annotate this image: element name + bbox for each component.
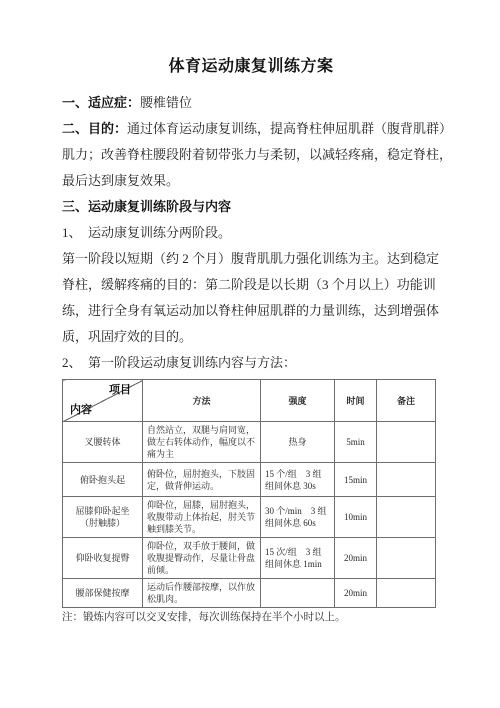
exercise-intensity: 15 个/组 3 组 组间休息 30s [261, 463, 335, 497]
corner-label-project: 项目 [109, 384, 131, 396]
exercise-remark [377, 463, 436, 497]
section-indication: 一、适应症：腰椎错位 [62, 90, 440, 116]
exercise-time: 15min [335, 463, 377, 497]
document-page: 体育运动康复训练方案 一、适应症：腰椎错位 二、目的：通过体育运动康复训练，提高… [0, 0, 500, 708]
exercise-remark [377, 538, 436, 579]
exercise-intensity [261, 579, 335, 608]
section-stages-heading: 三、运动康复训练阶段与内容 [62, 194, 440, 220]
column-header-intensity: 强度 [261, 380, 335, 422]
paragraph-line: 肌力；改善脊柱腰段附着韧带张力与柔韧，以减轻疼痛，稳定脊柱， [62, 142, 440, 168]
exercise-name: 屈膝仰卧起坐 （肘触膝） [63, 497, 143, 538]
list-item-2: 2、 第一阶段运动康复训练内容与方法： [62, 350, 440, 376]
corner-label-content: 内容 [70, 404, 92, 416]
exercise-name: 仰卧收复提臀 [63, 538, 143, 579]
exercise-remark [377, 579, 436, 608]
section-indication-label: 一、适应症： [62, 95, 140, 110]
column-header-remark: 备注 [377, 380, 436, 422]
exercise-remark [377, 497, 436, 538]
table-header-row: 项目 内容 方法 强度 时间 备注 [63, 380, 436, 422]
exercise-time: 5min [335, 422, 377, 463]
exercise-intensity: 热身 [261, 422, 335, 463]
exercise-name: 腰部保健按摩 [63, 579, 143, 608]
table-row: 仰卧收复提臀 仰卧位，双手放于腰间，做收腹提臀动作，尽量让骨盘前倾。 15 次/… [63, 538, 436, 579]
table-row: 叉腰转体 自然站立，双腿与肩同宽，做左右转体动作，幅度以不痛为主 热身 5min [63, 422, 436, 463]
exercise-time: 20min [335, 579, 377, 608]
table-row: 俯卧抱头起 俯卧位，屈肘抱头，下肢固定，做背伸运动。 15 个/组 3 组 组间… [63, 463, 436, 497]
exercise-name: 俯卧抱头起 [63, 463, 143, 497]
exercise-method: 仰卧位，屈膝，屈肘抱头，收腹带动上体抬起，肘关节触到膝关节。 [143, 497, 261, 538]
paragraph-line: 练，进行全身有氧运动加以脊柱伸屈肌群的力量训练，达到增强体 [62, 298, 440, 324]
exercise-method: 自然站立，双腿与肩同宽，做左右转体动作，幅度以不痛为主 [143, 422, 261, 463]
exercise-intensity: 30 个/min 3 组 组间休息 60s [261, 497, 335, 538]
exercise-time: 20min [335, 538, 377, 579]
section-indication-value: 腰椎错位 [140, 95, 192, 110]
table-row: 屈膝仰卧起坐 （肘触膝） 仰卧位，屈膝，屈肘抱头，收腹带动上体抬起，肘关节触到膝… [63, 497, 436, 538]
section-purpose-label: 二、目的： [62, 121, 127, 136]
column-header-method: 方法 [143, 380, 261, 422]
exercise-method: 俯卧位，屈肘抱头，下肢固定，做背伸运动。 [143, 463, 261, 497]
column-header-time: 时间 [335, 380, 377, 422]
section-purpose: 二、目的：通过体育运动康复训练，提高脊柱伸屈肌群（腹背肌群） [62, 116, 440, 142]
document-body: 体育运动康复训练方案 一、适应症：腰椎错位 二、目的：通过体育运动康复训练，提高… [0, 0, 500, 626]
paragraph-line: 质，巩固疗效的目的。 [62, 324, 440, 350]
section-purpose-text: 通过体育运动康复训练，提高脊柱伸屈肌群（腹背肌群） [127, 121, 452, 136]
paragraph-line: 最后达到康复效果。 [62, 168, 440, 194]
exercise-intensity: 15 次/组 3 组 组间休息 1min [261, 538, 335, 579]
exercise-remark [377, 422, 436, 463]
exercise-method: 仰卧位，双手放于腰间，做收腹提臀动作，尽量让骨盘前倾。 [143, 538, 261, 579]
table-corner-cell: 项目 内容 [63, 380, 143, 422]
section-stages-heading-text: 三、运动康复训练阶段与内容 [62, 199, 231, 214]
list-item-1: 1、 运动康复训练分两阶段。 [62, 220, 440, 246]
paragraph-line: 脊柱，缓解疼痛的目的：第二阶段是以长期（3 个月以上）功能训 [62, 272, 440, 298]
exercise-time: 10min [335, 497, 377, 538]
table-row: 腰部保健按摩 运动后作腰部按摩，以作放松肌肉。 20min [63, 579, 436, 608]
exercise-method: 运动后作腰部按摩，以作放松肌肉。 [143, 579, 261, 608]
training-plan-table: 项目 内容 方法 强度 时间 备注 叉腰转体 自然站立，双腿与肩同宽，做左右转体… [62, 379, 436, 608]
exercise-name: 叉腰转体 [63, 422, 143, 463]
paragraph-line: 第一阶段以短期（约 2 个月）腹背肌肌力强化训练为主。达到稳定 [62, 246, 440, 272]
footnote: 注：锻炼内容可以交叉安排，每次训练保持在半个小时以上。 [62, 609, 440, 626]
page-title: 体育运动康复训练方案 [62, 52, 440, 82]
